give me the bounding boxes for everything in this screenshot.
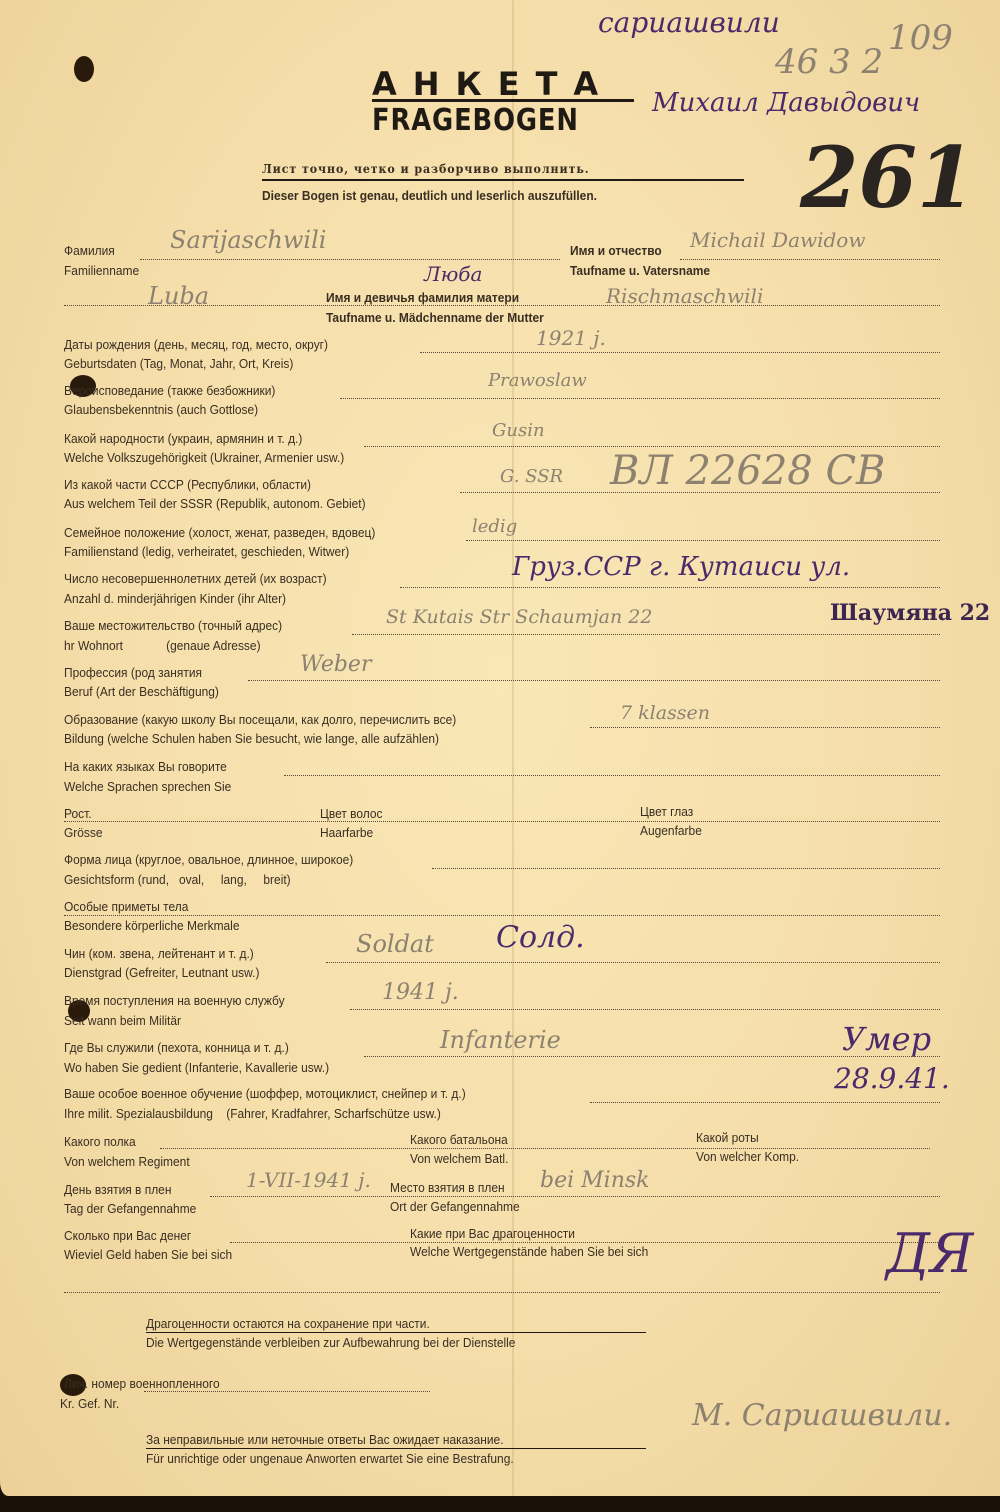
instruction-rule xyxy=(262,179,744,181)
value-service[interactable]: 1941 j. xyxy=(382,980,459,1005)
value-capture-date[interactable]: 1-VII-1941 j. xyxy=(246,1168,371,1192)
label-capture-date-de: Tag der Gefangennahme xyxy=(64,1201,196,1216)
label-marks-ru: Особые приметы тела xyxy=(64,899,188,914)
label-birth-ru: Даты рождения (день, месяц, год, место, … xyxy=(64,337,328,352)
label-firstname-de: Taufname u. Vatersname xyxy=(570,263,710,278)
label-pow-number-de: Kr. Gef. Nr. xyxy=(60,1396,119,1411)
label-hair-de: Haarfarbe xyxy=(320,825,373,840)
label-mother-de: Taufname u. Mädchenname der Mutter xyxy=(326,310,544,325)
line-profession xyxy=(248,680,940,681)
annotation-big-number: 261 xyxy=(800,128,975,227)
label-height-ru: Рост. xyxy=(64,806,92,821)
line-mother xyxy=(64,305,940,306)
line-money xyxy=(230,1242,940,1243)
label-children-de: Anzahl d. minderjährigen Kinder (ihr Alt… xyxy=(64,591,286,606)
annotation-code: ВЛ 22628 СВ xyxy=(610,448,885,494)
label-marks-de: Besondere körperliche Merkmale xyxy=(64,918,240,933)
line-region xyxy=(460,492,940,493)
label-surname-de: Familienname xyxy=(64,263,139,278)
label-education-ru: Образование (какую школу Вы посещали, ка… xyxy=(64,712,456,727)
label-branch-de: Wo haben Sie gedient (Infanterie, Kavall… xyxy=(64,1060,329,1075)
label-mother-ru: Имя и девичья фамилия матери xyxy=(326,290,519,305)
value-firstname[interactable]: Michail Dawidow xyxy=(690,228,865,252)
label-surname-ru: Фамилия xyxy=(64,243,115,258)
label-capture-place-ru: Место взятия в плен xyxy=(390,1180,505,1195)
title-de: FRAGEBOGEN xyxy=(372,103,579,138)
value-rank[interactable]: Soldat xyxy=(356,930,434,958)
label-battalion-de: Von welchem Batl. xyxy=(410,1151,508,1166)
punch-hole xyxy=(74,56,94,82)
line-education xyxy=(590,727,940,728)
warning-ru: За неправильные или неточные ответы Вас … xyxy=(146,1432,504,1447)
line-surname xyxy=(140,259,560,260)
annotation-rank: Солд. xyxy=(496,920,585,955)
label-money-ru: Сколько при Вас денег xyxy=(64,1228,191,1243)
label-regiment-de: Von welchem Regiment xyxy=(64,1154,190,1169)
line-firstname xyxy=(680,259,940,260)
label-family-de: Familienstand (ledig, verheiratet, gesch… xyxy=(64,544,349,559)
note-valuables-ru: Драгоценности остаются на сохранение при… xyxy=(146,1316,430,1331)
label-firstname-ru: Имя и отчество xyxy=(570,243,662,258)
label-children-ru: Число несовершеннолетних детей (их возра… xyxy=(64,571,327,586)
label-rank-de: Dienstgrad (Gefreiter, Leutnant usw.) xyxy=(64,965,259,980)
label-religion-de: Glaubensbekenntnis (auch Gottlose) xyxy=(64,402,258,417)
label-capture-place-de: Ort der Gefangennahme xyxy=(390,1199,520,1214)
annotation-address: Шаумяна 22 xyxy=(830,600,990,626)
label-hair-ru: Цвет волос xyxy=(320,806,382,821)
line-training xyxy=(590,1102,940,1103)
label-company-ru: Какой роты xyxy=(696,1130,759,1145)
label-birth-de: Geburtsdaten (Tag, Monat, Jahr, Ort, Kre… xyxy=(64,356,293,371)
label-valuables-ru: Какие при Вас драгоценности xyxy=(410,1226,575,1241)
label-company-de: Von welcher Komp. xyxy=(696,1149,799,1164)
value-profession[interactable]: Weber xyxy=(300,652,371,677)
line-birth xyxy=(420,352,940,353)
line-religion xyxy=(340,398,940,399)
annotation-nationality-note: Груз.ССР г. Кутаиси ул. xyxy=(512,552,850,582)
value-religion[interactable]: Prawoslaw xyxy=(488,370,587,391)
document-page: АНКЕТА FRAGEBOGEN Лист точно, четко и ра… xyxy=(0,0,1000,1496)
instruction-de: Dieser Bogen ist genau, deutlich und les… xyxy=(262,188,597,203)
instruction-ru: Лист точно, четко и разборчиво выполнить… xyxy=(262,162,590,176)
line-service xyxy=(350,1009,940,1010)
note-valuables-rule xyxy=(146,1332,646,1333)
line-nationality xyxy=(364,446,940,447)
line-face xyxy=(432,868,940,869)
label-service-ru: Время поступления на военную службу xyxy=(64,993,285,1008)
value-education[interactable]: 7 klassen xyxy=(620,702,710,724)
line-rank xyxy=(326,962,940,963)
label-capture-date-ru: День взятия в плен xyxy=(64,1182,171,1197)
title-ru: АНКЕТА xyxy=(372,65,614,103)
value-family[interactable]: ledig xyxy=(472,516,517,537)
line-marks xyxy=(64,915,940,916)
label-branch-ru: Где Вы служили (пехота, конница и т. д.) xyxy=(64,1040,289,1055)
annotation-surname: сариашвили xyxy=(598,6,780,39)
warning-de: Für unrichtige oder ungenaue Anworten er… xyxy=(146,1451,514,1466)
label-money-de: Wieviel Geld haben Sie bei sich xyxy=(64,1247,232,1262)
annotation-file-number: 46 3 2 xyxy=(775,42,883,82)
value-birth[interactable]: 1921 j. xyxy=(536,326,606,350)
label-rank-ru: Чин (ком. звена, лейтенант и т. д.) xyxy=(64,946,254,961)
label-education-de: Bildung (welche Schulen haben Sie besuch… xyxy=(64,731,439,746)
label-eyes-ru: Цвет глаз xyxy=(640,804,693,819)
label-profession-de: Beruf (Art der Beschäftigung) xyxy=(64,684,219,699)
value-surname[interactable]: Sarijaschwili xyxy=(170,226,326,254)
label-face-de: Gesichtsform (rund, oval, lang, breit) xyxy=(64,872,291,887)
label-regiment-ru: Какого полка xyxy=(64,1134,136,1149)
label-eyes-de: Augenfarbe xyxy=(640,823,702,838)
signature-initials: ДЯ xyxy=(886,1222,974,1285)
line-body xyxy=(64,821,940,822)
label-region-ru: Из какой части СССР (Республики, области… xyxy=(64,477,311,492)
label-battalion-ru: Какого батальона xyxy=(410,1132,508,1147)
label-profession-ru: Профессия (род занятия xyxy=(64,665,202,680)
label-family-ru: Семейное положение (холост, женат, разве… xyxy=(64,525,375,540)
label-training-ru: Ваше особое военное обучение (шоффер, мо… xyxy=(64,1086,466,1101)
paper-fold xyxy=(512,0,514,1496)
annotation-date: 28.9.41. xyxy=(834,1062,950,1095)
label-height-de: Grösse xyxy=(64,825,103,840)
note-valuables-de: Die Wertgegenstände verbleiben zur Aufbe… xyxy=(146,1335,515,1350)
warning-rule xyxy=(146,1448,646,1449)
label-languages-de: Welche Sprachen sprechen Sie xyxy=(64,779,231,794)
line-children xyxy=(400,587,940,588)
line-branch xyxy=(364,1056,940,1057)
label-pow-number-ru: Лич. номер военнопленного xyxy=(64,1376,220,1391)
value-address[interactable]: St Kutais Str Schaumjan 22 xyxy=(386,606,652,628)
label-languages-ru: На каких языках Вы говорите xyxy=(64,759,227,774)
title-rule xyxy=(372,99,634,102)
label-service-de: Seit wann beim Militär xyxy=(64,1013,181,1028)
line-separator xyxy=(64,1292,940,1293)
annotation-file-number-top: 109 xyxy=(888,18,953,58)
value-branch[interactable]: Infanterie xyxy=(440,1026,561,1054)
value-nationality[interactable]: Gusin xyxy=(492,420,545,441)
annotation-died: Умер xyxy=(842,1020,931,1058)
label-valuables-de: Welche Wertgegenstände haben Sie bei sic… xyxy=(410,1244,648,1259)
line-unit xyxy=(160,1148,930,1149)
annotation-name-patronymic: Михаил Давыдович xyxy=(652,88,920,118)
value-capture-place[interactable]: bei Minsk xyxy=(540,1168,649,1193)
signature-bottom: М. Сариашвили. xyxy=(692,1398,952,1433)
label-address-de: hr Wohnort (genaue Adresse) xyxy=(64,638,261,653)
label-region-de: Aus welchem Teil der SSSR (Republik, aut… xyxy=(64,496,366,511)
value-region[interactable]: G. SSR xyxy=(500,466,563,487)
label-training-de: Ihre milit. Spezialausbildung (Fahrer, K… xyxy=(64,1106,441,1121)
line-pow-number xyxy=(144,1391,430,1392)
label-nationality-ru: Какой народности (украин, армянин и т. д… xyxy=(64,431,302,446)
label-face-ru: Форма лица (круглое, овальное, длинное, … xyxy=(64,852,353,867)
label-address-ru: Ваше местожительство (точный адрес) xyxy=(64,618,282,633)
line-capture xyxy=(210,1196,940,1197)
label-religion-ru: Вероисповедание (также безбожники) xyxy=(64,383,275,398)
line-address xyxy=(352,634,940,635)
line-languages xyxy=(284,775,940,776)
label-nationality-de: Welche Volkszugehörigkeit (Ukrainer, Arm… xyxy=(64,450,344,465)
value-mother-first-ru: Люба xyxy=(424,262,482,286)
line-family xyxy=(466,540,940,541)
